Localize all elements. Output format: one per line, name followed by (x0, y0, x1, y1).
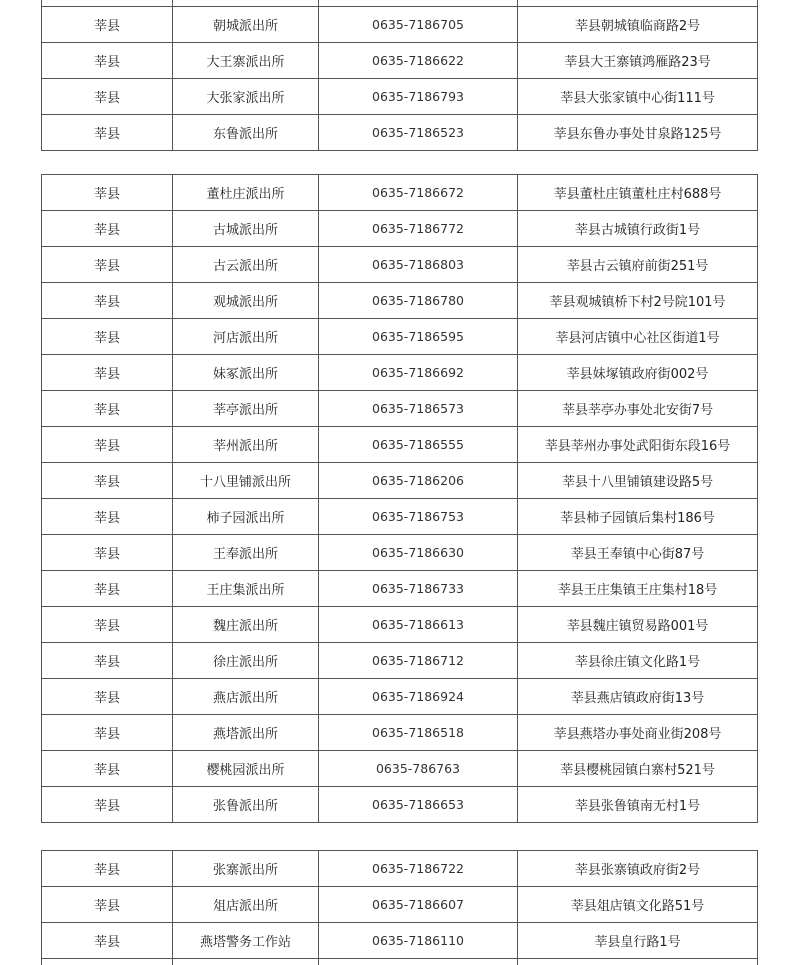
table-row: 莘县莘州派出所0635-7186555莘县莘州办事处武阳街东段16号 (42, 427, 758, 463)
table-row: 莘县王奉派出所0635-7186630莘县王奉镇中心街87号 (42, 535, 758, 571)
station-name-cell: 观城派出所 (173, 283, 319, 319)
phone-cell: 0635-7186206 (319, 463, 518, 499)
phone-cell: 0635-786763 (319, 751, 518, 787)
table-row: 莘县燕塔派出所0635-7186518莘县燕塔办事处商业街208号 (42, 715, 758, 751)
phone-cell: 0635-7186613 (319, 607, 518, 643)
county-cell: 莘县 (42, 787, 173, 823)
station-name-cell: 莘州派出所 (173, 427, 319, 463)
station-name-cell: 大张家派出所 (173, 79, 319, 115)
phone-cell: 0635-7186653 (319, 787, 518, 823)
phone-cell: 0635-7186705 (319, 7, 518, 43)
phone-cell: 0635-7186924 (319, 679, 518, 715)
county-cell: 莘县 (42, 715, 173, 751)
county-cell: 莘县 (42, 115, 173, 151)
table-row: 莘县 朝城派出所 0635-7186705 莘县朝城镇临商路2号 (42, 7, 758, 43)
police-station-table: 莘县张寨派出所0635-7186722莘县张寨镇政府街2号 莘县俎店派出所063… (41, 850, 758, 965)
table-row: 莘县莘亭派出所0635-7186573莘县莘亭办事处北安街7号 (42, 391, 758, 427)
station-name-cell: 樱桃园派出所 (173, 751, 319, 787)
address-cell: 莘县莘州办事处武阳街东段16号 (518, 427, 758, 463)
table-row: 莘县古城派出所0635-7186772莘县古城镇行政街1号 (42, 211, 758, 247)
table-row: 莘县王庄集派出所0635-7186733莘县王庄集镇王庄集村18号 (42, 571, 758, 607)
county-cell: 莘县 (42, 211, 173, 247)
table-section-3: 莘县张寨派出所0635-7186722莘县张寨镇政府街2号 莘县俎店派出所063… (41, 850, 758, 965)
table-row: 莘县徐庄派出所0635-7186712莘县徐庄镇文化路1号 (42, 643, 758, 679)
county-cell: 莘县 (42, 427, 173, 463)
table-row-partial (42, 959, 758, 965)
table-row: 莘县燕塔警务工作站0635-7186110莘县皇行路1号 (42, 923, 758, 959)
table-row: 莘县张鲁派出所0635-7186653莘县张鲁镇南无村1号 (42, 787, 758, 823)
station-name-cell: 河店派出所 (173, 319, 319, 355)
table-row: 莘县妹冢派出所0635-7186692莘县妹塚镇政府街002号 (42, 355, 758, 391)
county-cell: 莘县 (42, 79, 173, 115)
table-row: 莘县董杜庄派出所0635-7186672莘县董杜庄镇董杜庄村688号 (42, 175, 758, 211)
county-cell: 莘县 (42, 679, 173, 715)
table-row: 莘县魏庄派出所0635-7186613莘县魏庄镇贸易路001号 (42, 607, 758, 643)
table-row: 莘县樱桃园派出所0635-786763莘县樱桃园镇白寨村521号 (42, 751, 758, 787)
station-name-cell: 燕塔派出所 (173, 715, 319, 751)
table-row: 莘县十八里铺派出所0635-7186206莘县十八里铺镇建设路5号 (42, 463, 758, 499)
police-station-table: 莘县董杜庄派出所0635-7186672莘县董杜庄镇董杜庄村688号 莘县古城派… (41, 174, 758, 823)
county-cell: 莘县 (42, 43, 173, 79)
table-section-1: 莘县 朝城派出所 0635-7186705 莘县朝城镇临商路2号 莘县 大王寨派… (41, 0, 758, 151)
table-row: 莘县燕店派出所0635-7186924莘县燕店镇政府街13号 (42, 679, 758, 715)
phone-cell: 0635-7186523 (319, 115, 518, 151)
police-station-table: 莘县 朝城派出所 0635-7186705 莘县朝城镇临商路2号 莘县 大王寨派… (41, 0, 758, 151)
phone-cell: 0635-7186733 (319, 571, 518, 607)
address-cell: 莘县莘亭办事处北安街7号 (518, 391, 758, 427)
station-name-cell: 王奉派出所 (173, 535, 319, 571)
county-cell: 莘县 (42, 499, 173, 535)
phone-cell: 0635-7186555 (319, 427, 518, 463)
station-name-cell: 燕塔警务工作站 (173, 923, 319, 959)
table-row: 莘县 大张家派出所 0635-7186793 莘县大张家镇中心街111号 (42, 79, 758, 115)
phone-cell: 0635-7186780 (319, 283, 518, 319)
address-cell: 莘县徐庄镇文化路1号 (518, 643, 758, 679)
address-cell: 莘县妹塚镇政府街002号 (518, 355, 758, 391)
address-cell: 莘县东鲁办事处甘泉路125号 (518, 115, 758, 151)
county-cell: 莘县 (42, 463, 173, 499)
phone-cell: 0635-7186518 (319, 715, 518, 751)
address-cell: 莘县古城镇行政街1号 (518, 211, 758, 247)
phone-cell: 0635-7186712 (319, 643, 518, 679)
county-cell: 莘县 (42, 391, 173, 427)
address-cell: 莘县皇行路1号 (518, 923, 758, 959)
county-cell: 莘县 (42, 175, 173, 211)
county-cell: 莘县 (42, 247, 173, 283)
address-cell: 莘县十八里铺镇建设路5号 (518, 463, 758, 499)
address-cell: 莘县俎店镇文化路51号 (518, 887, 758, 923)
phone-cell: 0635-7186722 (319, 851, 518, 887)
county-cell: 莘县 (42, 851, 173, 887)
address-cell: 莘县柿子园镇后集村186号 (518, 499, 758, 535)
table-row: 莘县古云派出所0635-7186803莘县古云镇府前街251号 (42, 247, 758, 283)
county-cell: 莘县 (42, 607, 173, 643)
station-name-cell: 董杜庄派出所 (173, 175, 319, 211)
station-name-cell: 古云派出所 (173, 247, 319, 283)
phone-cell: 0635-7186622 (319, 43, 518, 79)
phone-cell: 0635-7186607 (319, 887, 518, 923)
station-name-cell: 魏庄派出所 (173, 607, 319, 643)
station-name-cell: 张鲁派出所 (173, 787, 319, 823)
address-cell: 莘县古云镇府前街251号 (518, 247, 758, 283)
table-row: 莘县 大王寨派出所 0635-7186622 莘县大王寨镇鸿雁路23号 (42, 43, 758, 79)
county-cell: 莘县 (42, 923, 173, 959)
phone-cell: 0635-7186753 (319, 499, 518, 535)
address-cell: 莘县燕店镇政府街13号 (518, 679, 758, 715)
phone-cell: 0635-7186630 (319, 535, 518, 571)
station-name-cell: 王庄集派出所 (173, 571, 319, 607)
address-cell: 莘县大张家镇中心街111号 (518, 79, 758, 115)
county-cell: 莘县 (42, 535, 173, 571)
phone-cell: 0635-7186772 (319, 211, 518, 247)
station-name-cell: 徐庄派出所 (173, 643, 319, 679)
county-cell: 莘县 (42, 643, 173, 679)
station-name-cell: 十八里铺派出所 (173, 463, 319, 499)
table-row: 莘县观城派出所0635-7186780莘县观城镇桥下村2号院101号 (42, 283, 758, 319)
table-row: 莘县俎店派出所0635-7186607莘县俎店镇文化路51号 (42, 887, 758, 923)
address-cell: 莘县王庄集镇王庄集村18号 (518, 571, 758, 607)
address-cell: 莘县朝城镇临商路2号 (518, 7, 758, 43)
station-name-cell: 俎店派出所 (173, 887, 319, 923)
address-cell: 莘县观城镇桥下村2号院101号 (518, 283, 758, 319)
table-row: 莘县柿子园派出所0635-7186753莘县柿子园镇后集村186号 (42, 499, 758, 535)
address-cell: 莘县樱桃园镇白寨村521号 (518, 751, 758, 787)
station-name-cell: 东鲁派出所 (173, 115, 319, 151)
table-row: 莘县河店派出所0635-7186595莘县河店镇中心社区街道1号 (42, 319, 758, 355)
station-name-cell: 莘亭派出所 (173, 391, 319, 427)
phone-cell: 0635-7186595 (319, 319, 518, 355)
phone-cell: 0635-7186793 (319, 79, 518, 115)
station-name-cell: 燕店派出所 (173, 679, 319, 715)
county-cell: 莘县 (42, 571, 173, 607)
address-cell: 莘县董杜庄镇董杜庄村688号 (518, 175, 758, 211)
county-cell: 莘县 (42, 751, 173, 787)
station-name-cell: 妹冢派出所 (173, 355, 319, 391)
address-cell: 莘县河店镇中心社区街道1号 (518, 319, 758, 355)
address-cell: 莘县王奉镇中心街87号 (518, 535, 758, 571)
station-name-cell: 朝城派出所 (173, 7, 319, 43)
address-cell: 莘县大王寨镇鸿雁路23号 (518, 43, 758, 79)
county-cell: 莘县 (42, 355, 173, 391)
station-name-cell: 张寨派出所 (173, 851, 319, 887)
phone-cell: 0635-7186573 (319, 391, 518, 427)
station-name-cell: 柿子园派出所 (173, 499, 319, 535)
phone-cell: 0635-7186803 (319, 247, 518, 283)
phone-cell: 0635-7186692 (319, 355, 518, 391)
table-section-2: 莘县董杜庄派出所0635-7186672莘县董杜庄镇董杜庄村688号 莘县古城派… (41, 174, 758, 823)
table-row: 莘县张寨派出所0635-7186722莘县张寨镇政府街2号 (42, 851, 758, 887)
phone-cell: 0635-7186672 (319, 175, 518, 211)
station-name-cell: 大王寨派出所 (173, 43, 319, 79)
county-cell: 莘县 (42, 283, 173, 319)
station-name-cell: 古城派出所 (173, 211, 319, 247)
address-cell: 莘县魏庄镇贸易路001号 (518, 607, 758, 643)
county-cell: 莘县 (42, 7, 173, 43)
table-row: 莘县 东鲁派出所 0635-7186523 莘县东鲁办事处甘泉路125号 (42, 115, 758, 151)
phone-cell: 0635-7186110 (319, 923, 518, 959)
county-cell: 莘县 (42, 887, 173, 923)
address-cell: 莘县张鲁镇南无村1号 (518, 787, 758, 823)
address-cell: 莘县燕塔办事处商业街208号 (518, 715, 758, 751)
address-cell: 莘县张寨镇政府街2号 (518, 851, 758, 887)
county-cell: 莘县 (42, 319, 173, 355)
